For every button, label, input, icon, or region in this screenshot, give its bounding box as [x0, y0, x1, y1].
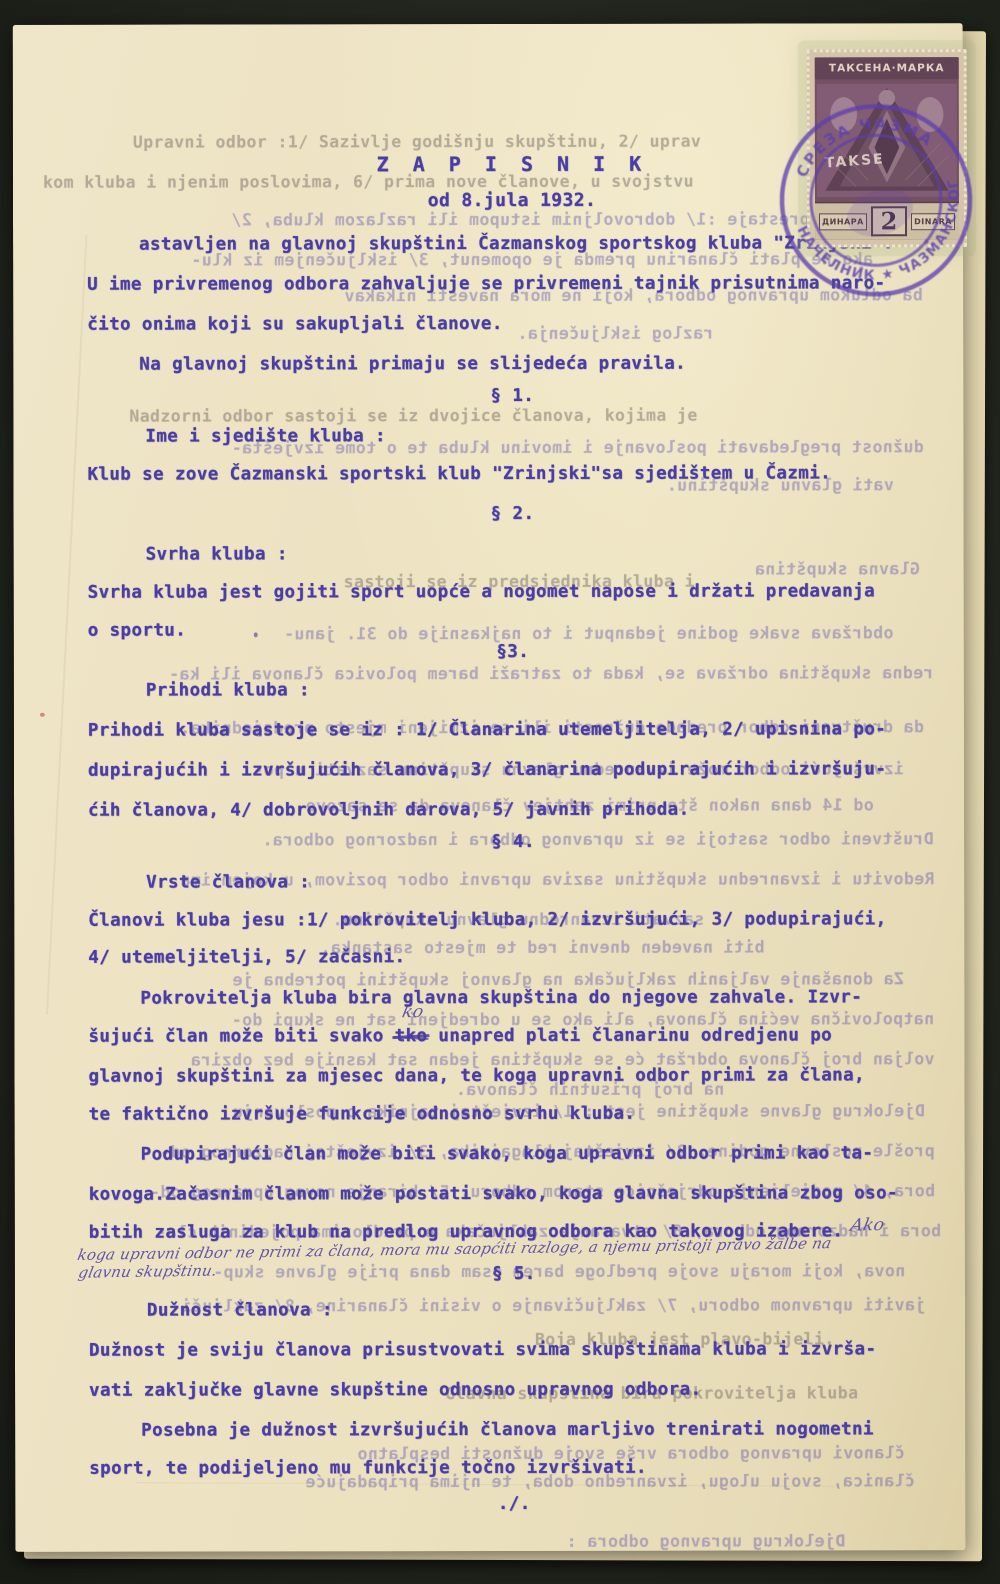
official-round-ink-stamp: СРЕЗА ЧАЗМА НАЧЕЛНИК ★ ЧАЗМАНСКОГ ★: [761, 85, 991, 315]
handwritten-annotation: ko: [400, 1002, 425, 1022]
handwritten-annotation: koga upravni odbor ne primi za člana, mo…: [76, 1234, 833, 1264]
photo-background: { "palette": { "background": "#22241e", …: [0, 0, 1000, 1584]
handwritten-annotation: glavnu skupštinu.: [77, 1262, 219, 1282]
document-page: Upravni odbor :1/ Sazivlje godišnju skup…: [13, 23, 966, 1552]
revenue-stamp-header: ТАКСЕНА·МАРКА: [815, 57, 959, 79]
handwritten-annotation: Ako: [849, 1215, 886, 1236]
